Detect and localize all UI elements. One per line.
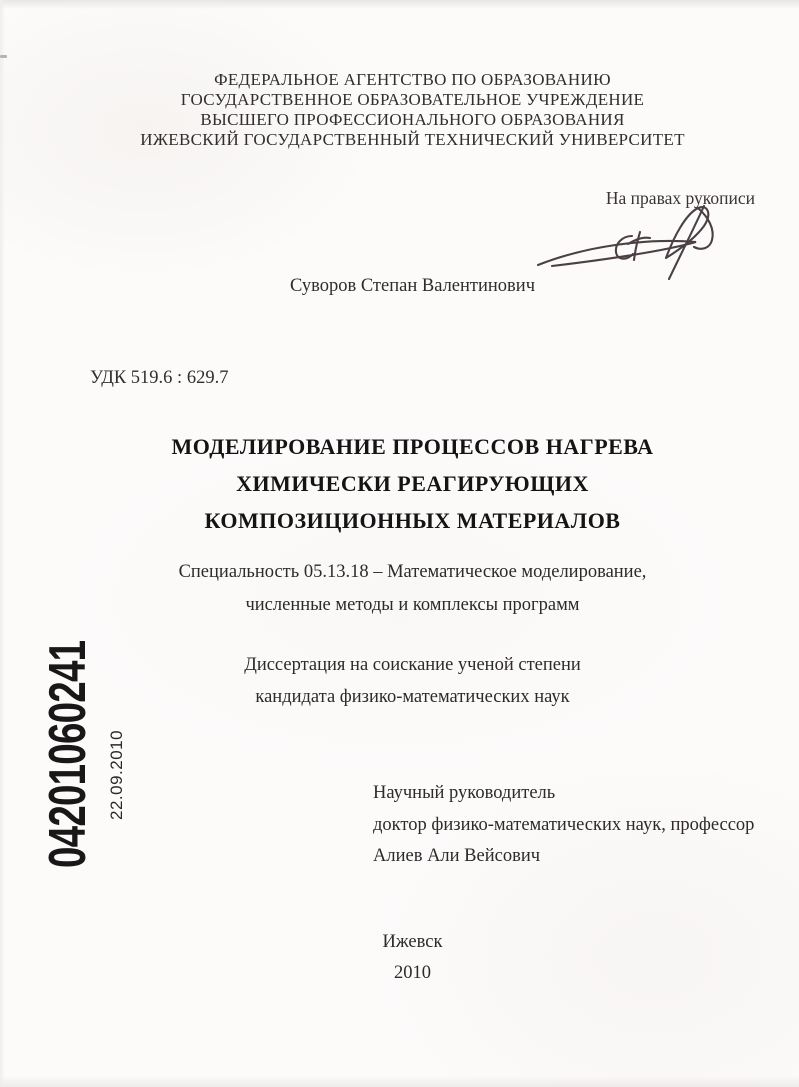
udc-number: УДК 519.6 : 629.7 [90,368,228,389]
library-stamp-number: 04201060241 [42,631,94,868]
header-line: ГОСУДАРСТВЕННОЕ ОБРАЗОВАТЕЛЬНОЕ УЧРЕЖДЕН… [26,90,799,110]
scan-speck [0,55,7,58]
dissertation-title: МОДЕЛИРОВАНИЕ ПРОЦЕССОВ НАГРЕВА ХИМИЧЕСК… [26,428,799,539]
title-line: КОМПОЗИЦИОННЫХ МАТЕРИАЛОВ [26,502,799,539]
header-line: ФЕДЕРАЛЬНОЕ АГЕНТСТВО ПО ОБРАЗОВАНИЮ [26,70,799,90]
city: Ижевск [26,932,799,953]
header-line: ИЖЕВСКИЙ ГОСУДАРСТВЕННЫЙ ТЕХНИЧЕСКИЙ УНИ… [26,130,799,150]
supervisor-line: доктор физико-математических наук, профе… [373,810,754,842]
header-line: ВЫСШЕГО ПРОФЕССИОНАЛЬНОГО ОБРАЗОВАНИЯ [26,110,799,130]
signature-ink [536,202,722,280]
signature [536,202,722,280]
specialty-block: Специальность 05.13.18 – Математическое … [26,556,799,622]
library-stamp-date: 22.09.2010 [108,680,125,820]
year: 2010 [26,963,799,984]
institution-header: ФЕДЕРАЛЬНОЕ АГЕНТСТВО ПО ОБРАЗОВАНИЮ ГОС… [26,70,799,150]
scan-edge-bottom [0,1076,799,1087]
dissertation-title-page: ФЕДЕРАЛЬНОЕ АГЕНТСТВО ПО ОБРАЗОВАНИЮ ГОС… [0,0,799,1087]
scan-edge-left [0,0,5,1087]
specialty-line: Специальность 05.13.18 – Математическое … [26,556,799,589]
title-line: МОДЕЛИРОВАНИЕ ПРОЦЕССОВ НАГРЕВА [26,428,799,465]
author-name: Суворов Степан Валентинович [26,276,799,297]
dissertation-line: Диссертация на соискание ученой степени [26,649,799,681]
supervisor-line: Научный руководитель [373,778,754,810]
specialty-line: численные методы и комплексы программ [26,589,799,622]
title-line: ХИМИЧЕСКИ РЕАГИРУЮЩИХ [26,465,799,502]
supervisor-block: Научный руководитель доктор физико-матем… [373,778,754,873]
supervisor-line: Алиев Али Вейсович [373,841,754,873]
degree-block: Диссертация на соискание ученой степени … [26,649,799,713]
scan-edge-top [0,0,799,9]
dissertation-line: кандидата физико-математических наук [26,681,799,713]
